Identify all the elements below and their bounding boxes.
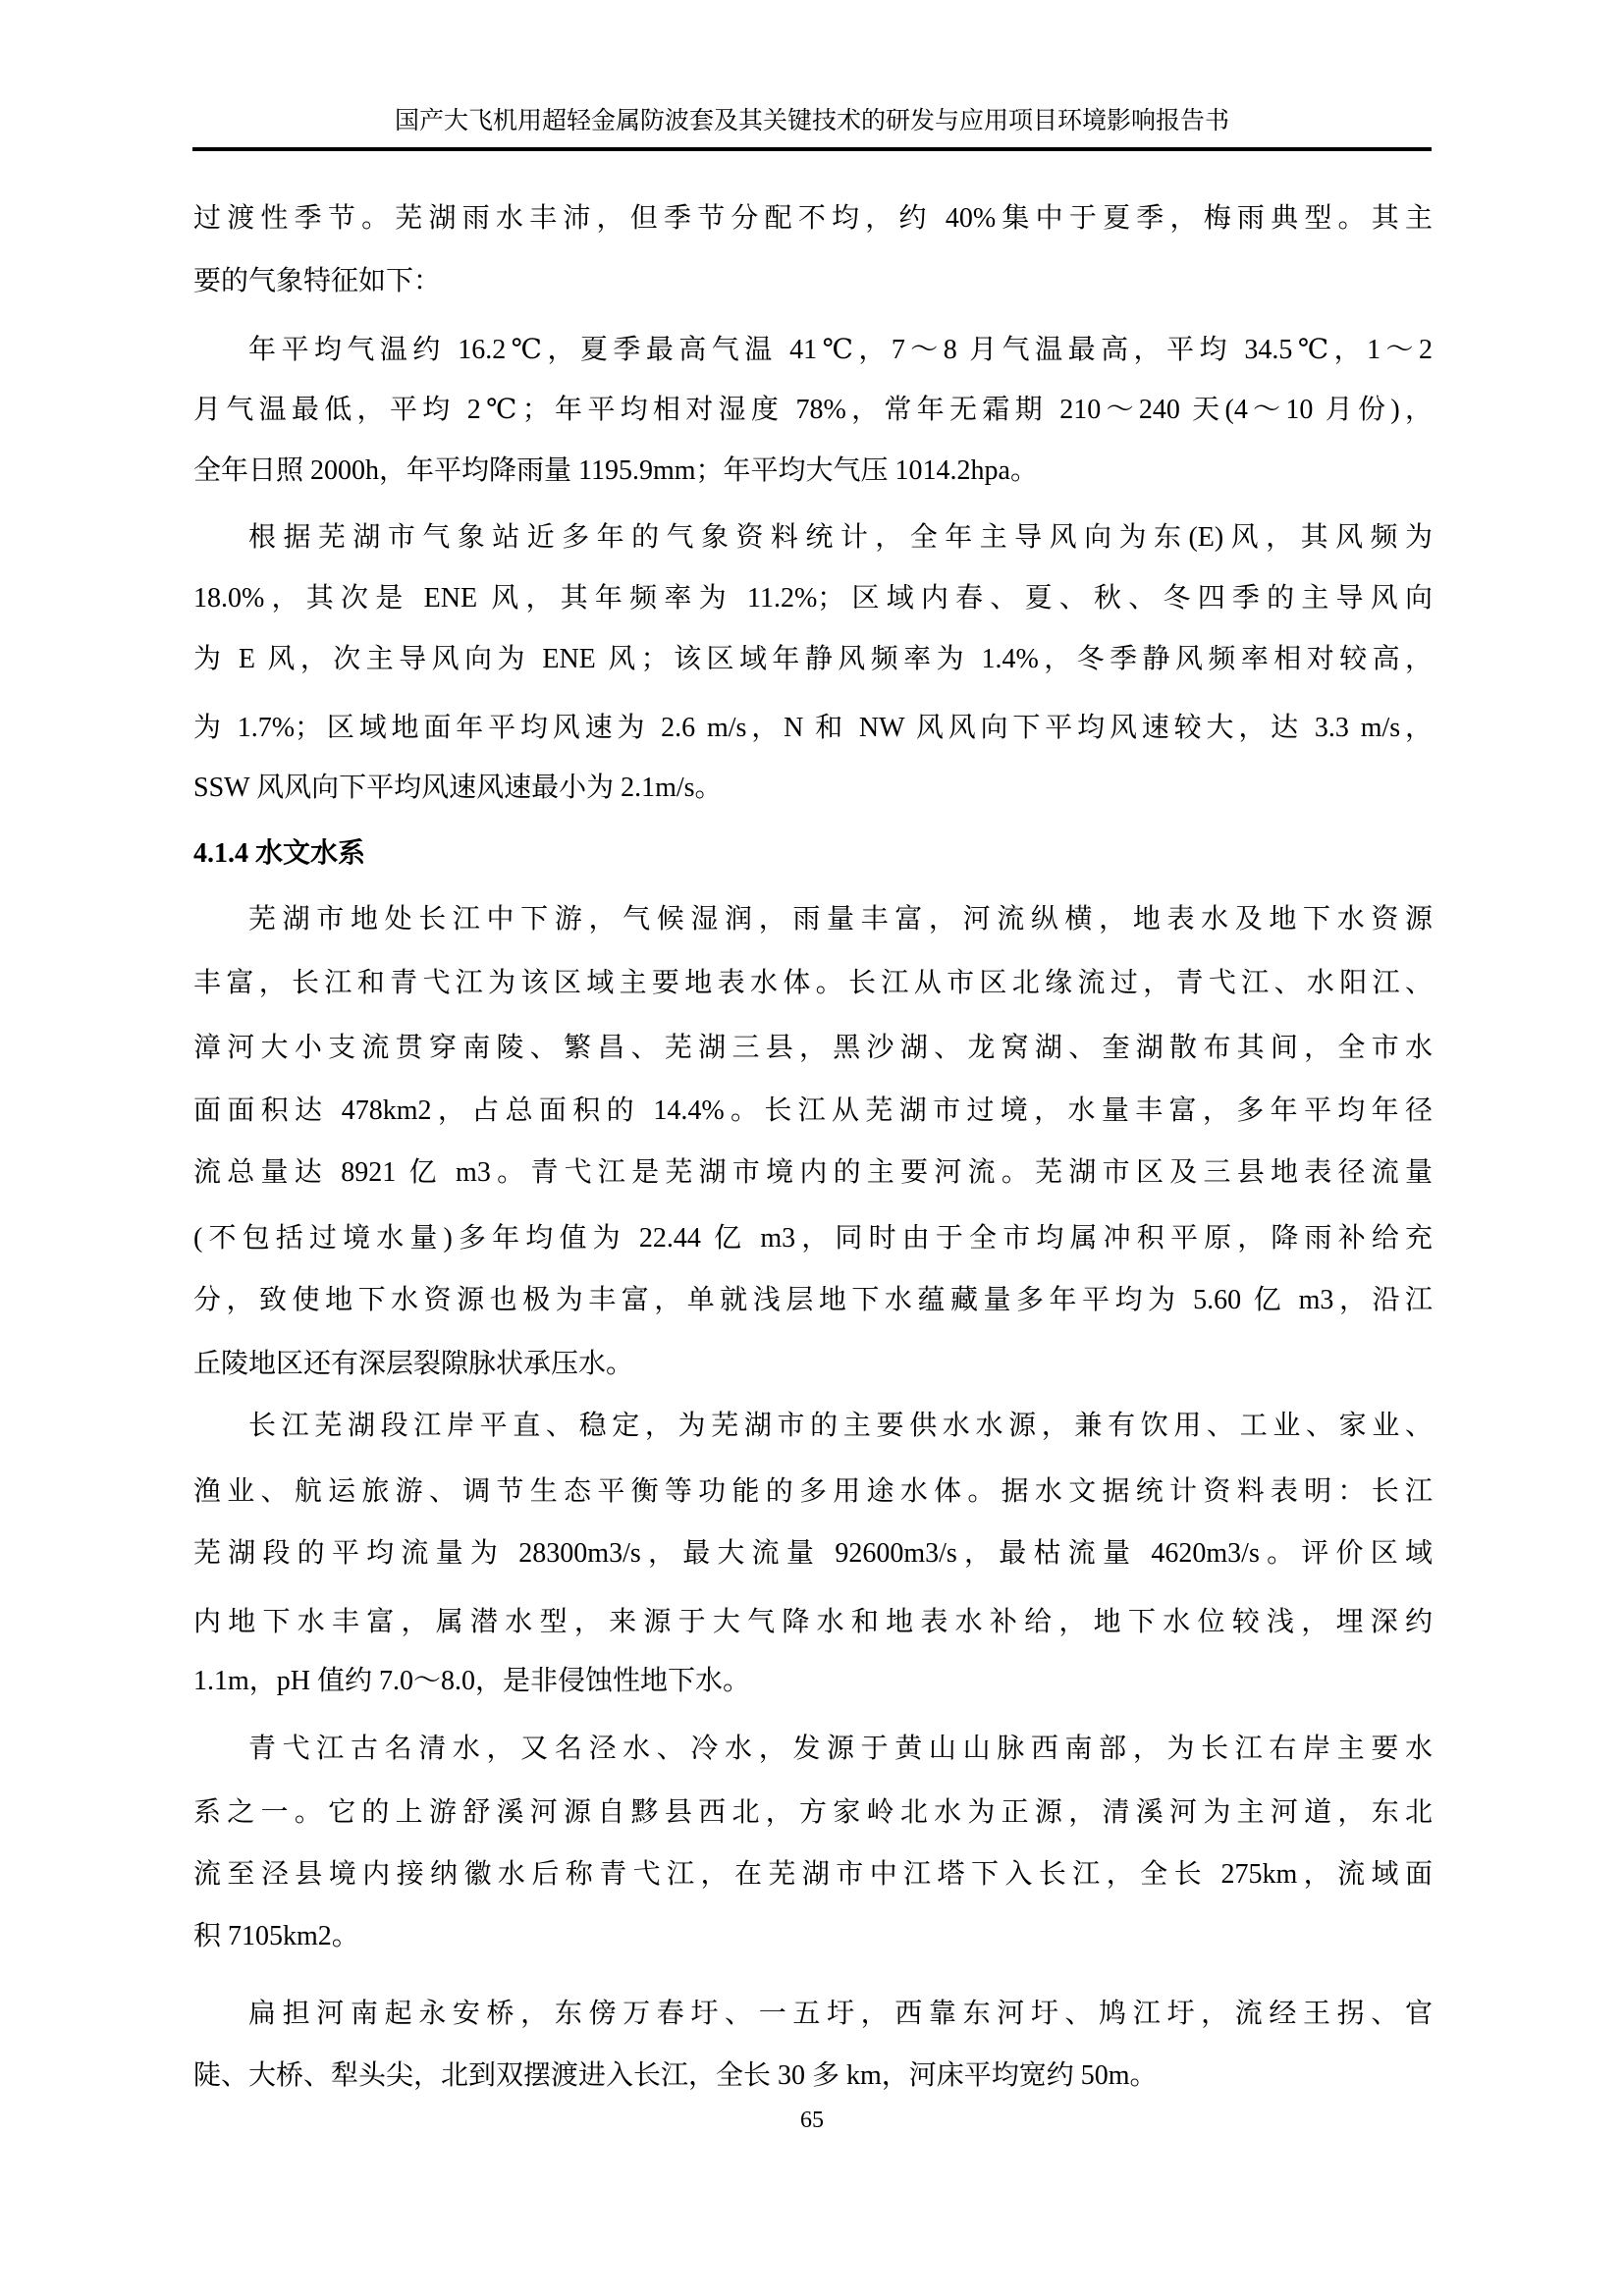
- text-line: (不包括过境水量)多年均值为 22.44 亿 m3，同时由于全市均属冲积平原，降…: [193, 1222, 1433, 1255]
- text-line: 芜湖市地处长江中下游，气候湿润，雨量丰富，河流纵横，地表水及地下水资源: [193, 903, 1433, 936]
- text-line: 流总量达 8921 亿 m3。青弋江是芜湖市境内的主要河流。芜湖市区及三县地表径…: [193, 1156, 1433, 1190]
- text-line: 根据芜湖市气象站近多年的气象资料统计，全年主导风向为东(E)风，其风频为: [193, 521, 1433, 555]
- text-line: 全年日照 2000h，年平均降雨量 1195.9mm；年平均大气压 1014.2…: [193, 454, 1433, 488]
- text-line: 芜湖段的平均流量为 28300m3/s，最大流量 92600m3/s，最枯流量 …: [193, 1537, 1433, 1571]
- text-line: 面面积达 478km2，占总面积的 14.4%。长江从芜湖市过境，水量丰富，多年…: [193, 1095, 1433, 1128]
- text-line: 渔业、航运旅游、调节生态平衡等功能的多用途水体。据水文据统计资料表明：长江: [193, 1475, 1433, 1509]
- header-rule-divider: [192, 147, 1432, 151]
- text-line: 月气温最低，平均 2℃；年平均相对湿度 78%，常年无霜期 210～240 天(…: [193, 394, 1433, 427]
- text-line: 系之一。它的上游舒溪河源自黟县西北，方家岭北水为正源，清溪河为主河道，东北: [193, 1796, 1433, 1830]
- text-line: 18.0%，其次是 ENE 风，其年频率为 11.2%；区域内春、夏、秋、冬四季…: [193, 582, 1433, 615]
- text-line: 年平均气温约 16.2℃，夏季最高气温 41℃，7～8 月气温最高，平均 34.…: [193, 334, 1433, 367]
- text-line: 内地下水丰富，属潜水型，来源于大气降水和地表水补给，地下水位较浅，埋深约: [193, 1606, 1433, 1639]
- text-line: 过渡性季节。芜湖雨水丰沛，但季节分配不均，约 40%集中于夏季，梅雨典型。其主: [193, 202, 1433, 236]
- text-line: 丰富，长江和青弋江为该区域主要地表水体。长江从市区北缘流过，青弋江、水阳江、: [193, 967, 1433, 1000]
- running-header-title: 国产大飞机用超轻金属防波套及其关键技术的研发与应用项目环境影响报告书: [192, 106, 1432, 137]
- text-line: SSW 风风向下平均风速风速最小为 2.1m/s。: [193, 772, 1433, 805]
- text-line: 流至泾县境内接纳徽水后称青弋江，在芜湖市中江塔下入长江，全长 275km，流域面: [193, 1858, 1433, 1892]
- text-line: 青弋江古名清水，又名泾水、冷水，发源于黄山山脉西南部，为长江右岸主要水: [193, 1733, 1433, 1766]
- page-number: 65: [0, 2106, 1624, 2135]
- text-line: 陡、大桥、犁头尖，北到双摆渡进入长江，全长 30 多 km，河床平均宽约 50m…: [193, 2059, 1433, 2093]
- section-heading: 4.1.4 水文水系: [193, 837, 365, 871]
- text-line: 为 1.7%；区域地面年平均风速为 2.6 m/s，N 和 NW 风风向下平均风…: [193, 712, 1433, 745]
- text-line: 长江芜湖段江岸平直、稳定，为芜湖市的主要供水水源，兼有饮用、工业、家业、: [193, 1410, 1433, 1443]
- text-line: 积 7105km2。: [193, 1920, 1433, 1953]
- text-line: 为 E 风，次主导风向为 ENE 风；该区域年静风频率为 1.4%，冬季静风频率…: [193, 643, 1433, 676]
- text-line: 要的气象特征如下：: [193, 265, 1433, 298]
- text-line: 漳河大小支流贯穿南陵、繁昌、芜湖三县，黑沙湖、龙窝湖、奎湖散布其间，全市水: [193, 1032, 1433, 1065]
- text-line: 扁担河南起永安桥，东傍万春圩、一五圩，西靠东河圩、鸠江圩，流经王拐、官: [193, 1998, 1433, 2031]
- text-line: 丘陵地区还有深层裂隙脉状承压水。: [193, 1348, 1433, 1381]
- text-line: 分，致使地下水资源也极为丰富，单就浅层地下水蕴藏量多年平均为 5.60 亿 m3…: [193, 1284, 1433, 1317]
- text-line: 1.1m，pH 值约 7.0～8.0，是非侵蚀性地下水。: [193, 1665, 1433, 1698]
